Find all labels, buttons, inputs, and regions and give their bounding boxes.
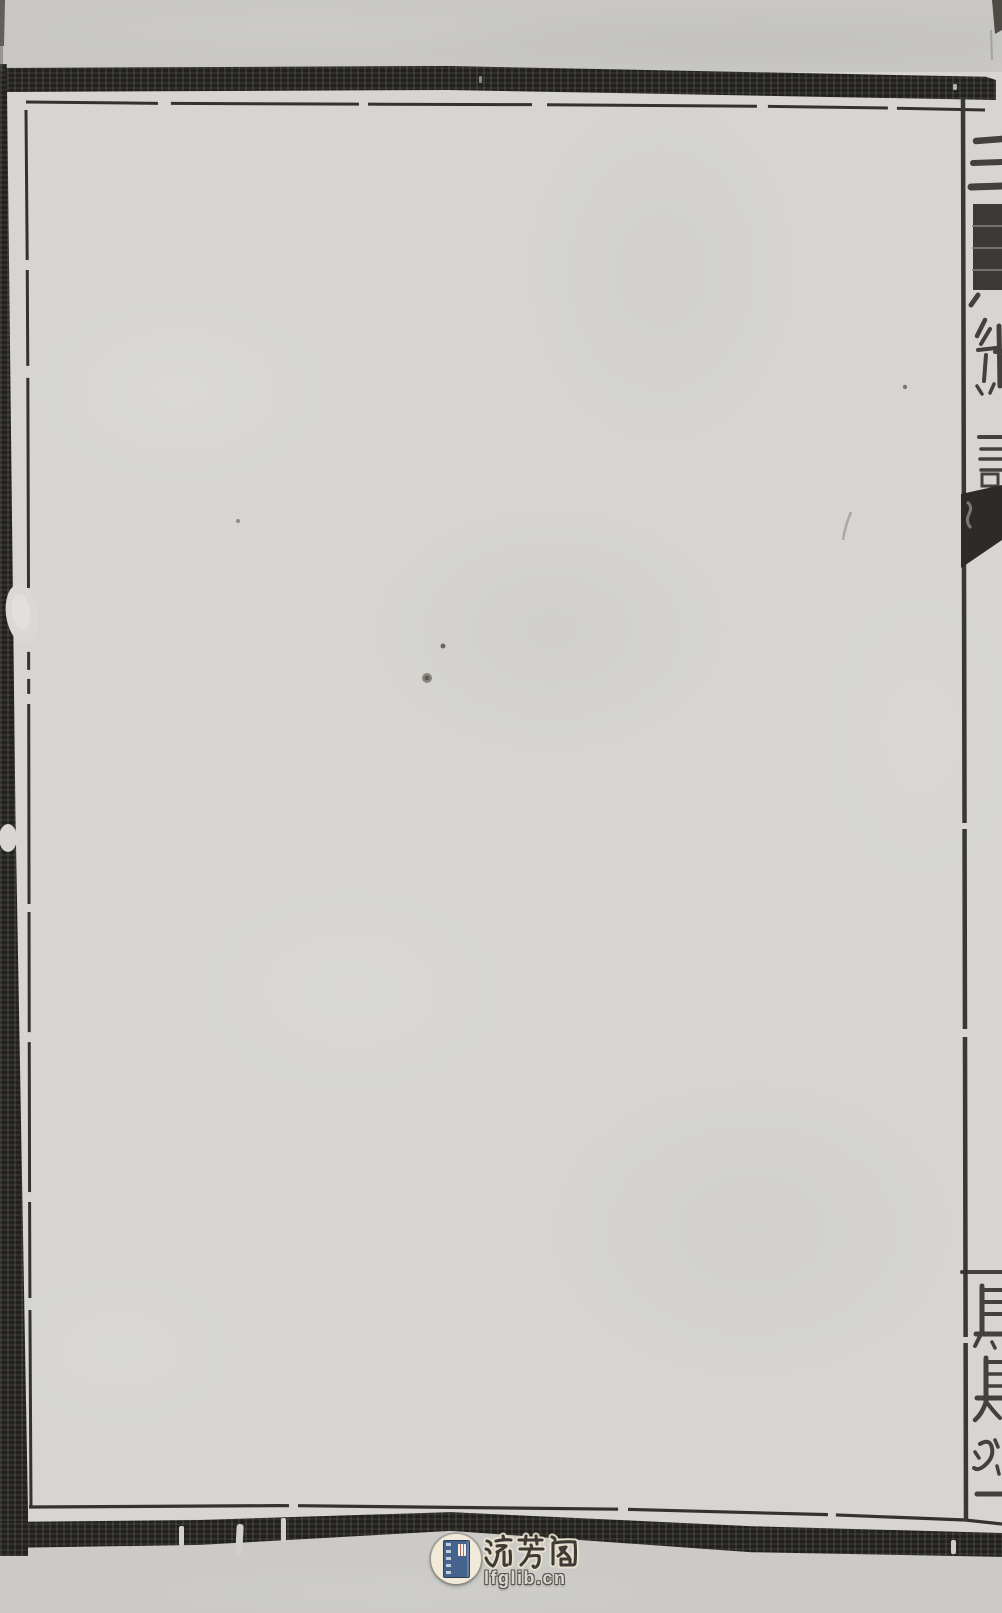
spine-divider-rule xyxy=(963,98,966,1521)
spine-char-fragment xyxy=(975,1358,1002,1420)
spine-char-fragment xyxy=(977,320,1002,394)
watermark-site-url: lfglib.cn xyxy=(484,1568,614,1592)
spine-char-fragment xyxy=(979,437,1002,486)
spine-char-fragment xyxy=(975,1286,1002,1348)
paper-blemishes xyxy=(236,385,907,683)
book-title-label xyxy=(458,1544,466,1556)
frame-detail-overlay xyxy=(0,0,1002,1613)
watermark-texts: lfglib.cn xyxy=(484,1532,614,1602)
scan-edge-shadows xyxy=(0,0,1002,72)
paper-tears xyxy=(0,76,957,1554)
spine-title-fragments xyxy=(971,139,1002,486)
spine-char-fragment xyxy=(971,139,1002,187)
fishtail-marker xyxy=(961,485,1002,568)
inner-border-left xyxy=(26,110,31,1508)
spine-char-fragment xyxy=(971,204,1002,305)
inner-border-bottom xyxy=(29,1506,1002,1524)
stitched-book-icon xyxy=(443,1540,470,1578)
book-binding-stitches xyxy=(446,1543,451,1575)
spine-char-fragment xyxy=(974,1440,999,1474)
watermark-badge xyxy=(431,1534,481,1584)
inner-border-top xyxy=(26,102,985,110)
scanned-book-page: lfglib.cn xyxy=(0,0,1002,1613)
site-watermark: lfglib.cn xyxy=(428,1530,648,1610)
